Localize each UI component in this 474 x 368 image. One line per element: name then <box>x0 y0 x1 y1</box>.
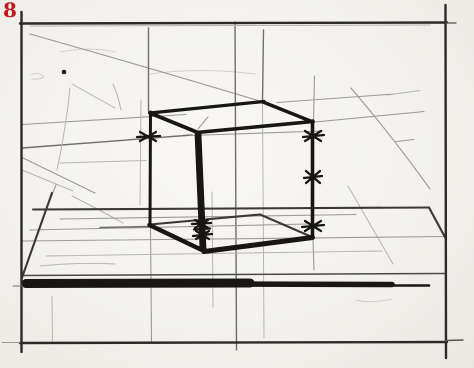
ink-dot <box>62 70 67 75</box>
table-left-edge <box>22 193 53 279</box>
perspective-line <box>22 135 192 148</box>
ground-line <box>30 224 308 230</box>
perspective-line <box>388 91 420 96</box>
ground-plane-lines <box>22 215 445 267</box>
corner-tick <box>198 117 208 129</box>
shadow-stroke <box>26 283 250 284</box>
vertical-guide <box>314 76 315 121</box>
sketch-page: 8 <box>0 0 474 368</box>
cube-wireframe <box>150 102 314 252</box>
vertical-guide <box>140 100 141 205</box>
ground-line <box>100 227 150 228</box>
vertical-guide <box>263 30 264 103</box>
frame-grain <box>30 25 430 26</box>
vertical-guide <box>235 22 237 350</box>
cube-top-front-right-edge <box>197 122 313 133</box>
stray-stroke <box>113 84 121 110</box>
shadow-band <box>26 283 429 286</box>
shadow-stroke <box>230 284 392 285</box>
ground-line <box>40 263 115 266</box>
table-back-edge <box>33 208 429 210</box>
vertical-guide <box>313 239 314 270</box>
frame-bottom-line <box>20 342 447 343</box>
perspective-line <box>60 161 146 164</box>
diagonal-guide <box>351 88 430 189</box>
table-right-edge <box>429 208 446 240</box>
pencil-smudge <box>31 73 44 79</box>
stray-stroke <box>57 88 70 170</box>
diagonal-guide <box>72 84 115 108</box>
perspective-line <box>30 34 263 102</box>
pencil-smudge <box>356 299 392 302</box>
frame-tick <box>446 340 463 341</box>
vertical-guide <box>52 296 53 343</box>
cube-top-back-left-edge <box>150 102 264 114</box>
frame-right-line <box>446 5 447 358</box>
cube-bottom-front-right-edge <box>204 238 313 252</box>
diagonal-guide <box>22 170 73 191</box>
perspective-line <box>315 112 424 123</box>
cube-perspective-drawing <box>0 0 474 368</box>
cube-left-edge <box>150 112 151 226</box>
cube-top-back-right-edge <box>263 102 313 122</box>
ground-line <box>22 237 445 242</box>
table-surface <box>22 185 447 279</box>
table-front-line <box>22 274 446 276</box>
diagonal-guide <box>348 186 393 264</box>
x-mark <box>137 132 160 141</box>
vertical-guide <box>263 103 265 338</box>
perspective-line <box>277 94 394 103</box>
cube-top-front-left-edge <box>150 113 199 133</box>
tick-mark <box>396 140 414 142</box>
frame-top-line <box>20 23 447 24</box>
